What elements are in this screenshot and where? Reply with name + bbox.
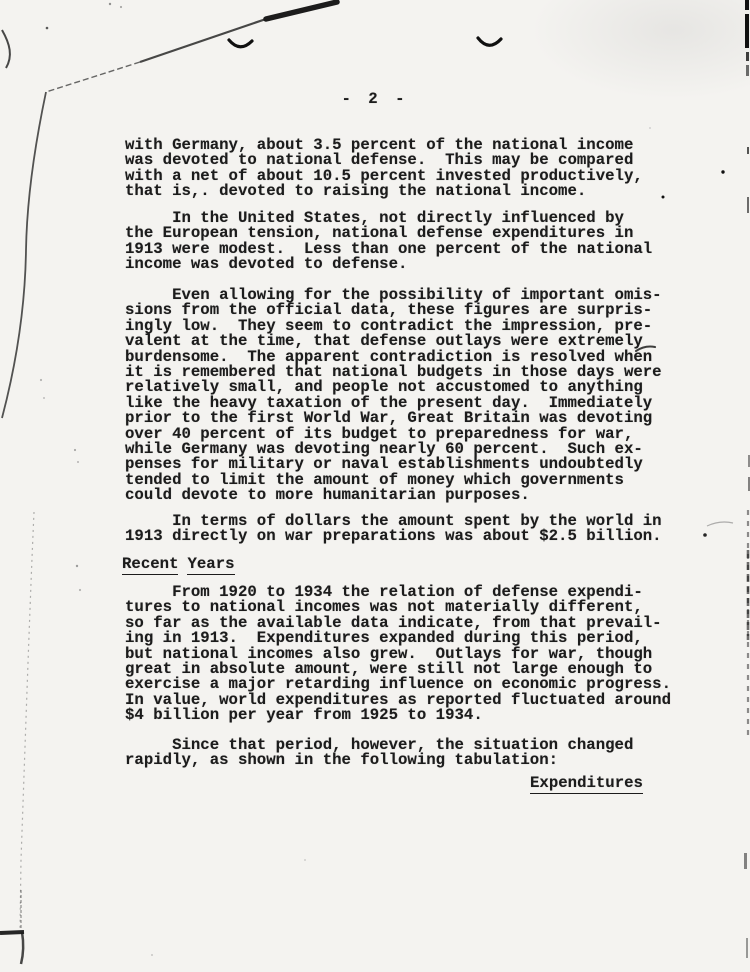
scan-edge-marks-right bbox=[744, 0, 750, 958]
paragraph-united-states-1913: In the United States, not directly influ… bbox=[125, 211, 652, 273]
paragraph-situation-changed: Since that period, however, the situatio… bbox=[125, 738, 633, 769]
scan-stray-marks bbox=[703, 522, 733, 537]
scanned-document-page: - 2 - with Germany, about 3.5 percent of… bbox=[0, 0, 750, 972]
paragraph-defense-outlays-contradiction: Even allowing for the possibility of imp… bbox=[125, 288, 662, 504]
paragraph-1920-to-1934: From 1920 to 1934 the relation of defens… bbox=[125, 585, 671, 724]
scan-corner-mark-bottom-left bbox=[0, 890, 24, 964]
heading-word: Years bbox=[187, 555, 234, 575]
paragraph-world-spending-1913: In terms of dollars the amount spent by … bbox=[125, 514, 662, 545]
table-caption-expenditures: Expenditures bbox=[530, 776, 643, 791]
scan-smudge-top-right bbox=[530, 0, 750, 100]
section-heading-recent-years: RecentYears bbox=[122, 557, 235, 572]
punch-hole-crescent-marks bbox=[229, 38, 501, 47]
heading-word: Recent bbox=[122, 555, 178, 575]
paragraph-germany-national-income: with Germany, about 3.5 percent of the n… bbox=[125, 138, 643, 200]
table-caption-label: Expenditures bbox=[530, 774, 643, 794]
page-number: - 2 - bbox=[0, 92, 750, 107]
